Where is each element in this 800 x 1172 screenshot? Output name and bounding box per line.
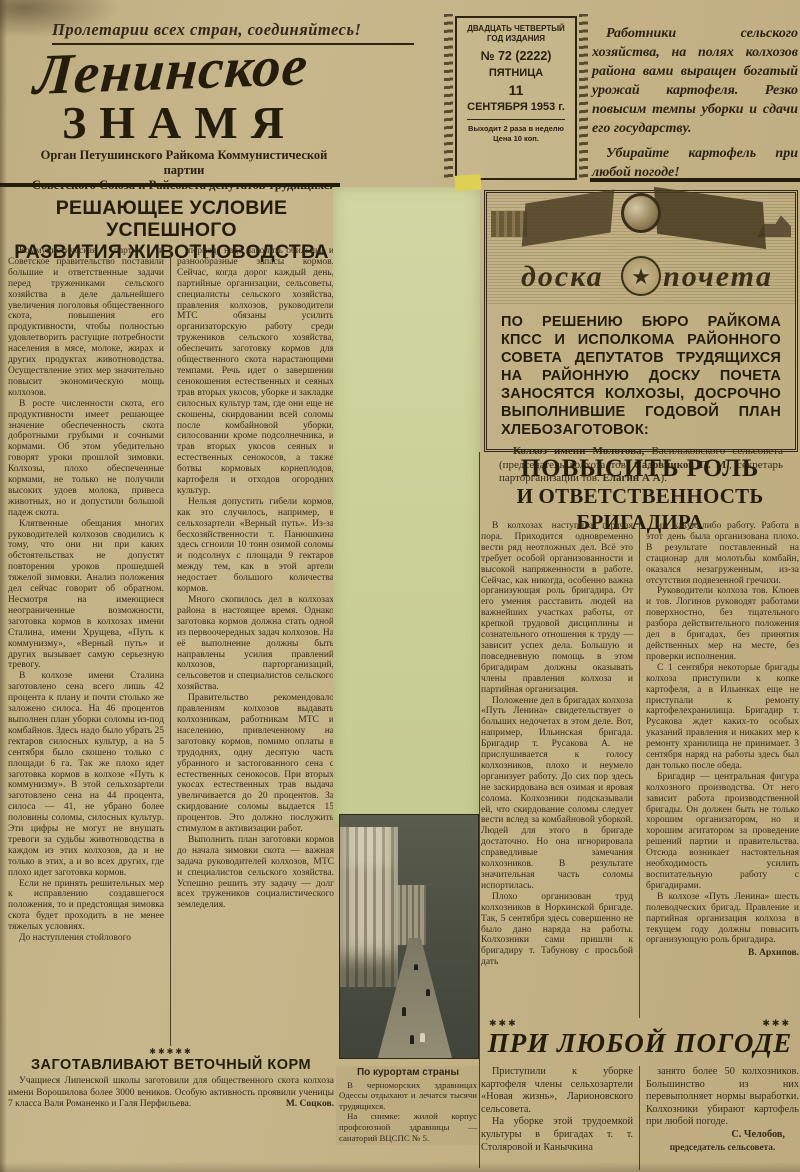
issue-number: № 72 (2222) [461,49,571,63]
byline-role: председатель сельсовета. [646,1142,799,1155]
paper-edge-left [0,0,7,1172]
paragraph: Учащиеся Липенской школы заготовили для … [8,1076,334,1111]
header-rule-left [0,183,340,187]
veto-article-headline: ЗАГОТАВЛИВАЮТ ВЕТОЧНЫЙ КОРМ [8,1057,334,1073]
honor-board: доска ★ почета ПО РЕШЕНИЮ БЮРО РАЙКОМА К… [484,190,798,452]
banner-word-doska: доска [521,260,604,294]
paragraph: Правительство рекомендовало правлениям к… [177,693,334,835]
section-divider: ✱✱✱✱✱ [8,1048,334,1056]
paragraph: Нельзя допустить гибели кормов, как это … [177,497,334,595]
weather-article-body: Приступили к уборке картофеля члены сель… [481,1066,799,1170]
paragraph: В колхозах наступила горячая пора. Прихо… [481,521,633,696]
honor-board-decree: ПО РЕШЕНИЮ БЮРО РАЙКОМА КПСС И ИСПОЛКОМА… [487,305,795,439]
paragraph: До наступления стойлового [8,933,164,944]
paragraph: В колхозе имени Сталина заготовлено сена… [8,671,164,878]
photo-caption-text: На снимке: жилой корпус профсоюзной здра… [339,1111,477,1143]
paragraph: Бригадир — центральная фигура колхозного… [646,772,799,892]
photo-figure [414,964,418,970]
weather-column-2: занято более 50 колхозников. Большинство… [640,1066,799,1170]
city-silhouette [491,211,527,237]
byline: С. Челобов, [646,1129,799,1142]
paper-patch-strip [333,187,480,827]
editorial-paragraph: Работники сельского хозяйства, на полях … [592,24,798,138]
brigadir-article-body: В колхозах наступила горячая пора. Прихо… [481,521,799,1018]
paragraph: Коммунистическая партия и Советское прав… [8,246,164,399]
issue-weekday: ПЯТНИЦА [461,67,571,79]
masthead-subtitle-line1: Орган Петушинского Райкома Коммунистичес… [22,148,346,178]
lenin-stalin-medallion [621,193,661,233]
issue-info-box: ДВАДЦАТЬ ЧЕТВЕРТЫЙ ГОД ИЗДАНИЯ № 72 (222… [455,16,577,180]
column-rule [479,452,480,1168]
paper-patch-yellow [455,174,482,191]
paragraph: занято более 50 колхозников. Большинство… [646,1066,799,1129]
sanatorium-photo [339,814,479,1059]
newspaper-page: Пролетарии всех стран, соединяйтесь! Лен… [0,0,800,1172]
paragraph: Много скопилось дел в колхозах района в … [177,595,334,693]
brigadir-column-2: им какую-либо работу. Работа в этот день… [640,521,799,1018]
lead-article-body: Коммунистическая партия и Советское прав… [8,246,334,1046]
photo-caption: По курортам страны В черноморских здравн… [336,1066,480,1145]
weather-column-1: Приступили к уборке картофеля члены сель… [481,1066,640,1170]
star-icon: ★ [621,256,661,296]
photo-figure [402,1007,406,1016]
paragraph: периода надо накопить обильные и разнооб… [177,246,334,497]
brigadir-column-1: В колхозах наступила горячая пора. Прихо… [481,521,640,1018]
photo-caption-text: В черноморских здравницах Одессы отдыхаю… [339,1080,477,1112]
edition-year-line1: ДВАДЦАТЬ ЧЕТВЕРТЫЙ [461,24,571,34]
photo-figure [426,989,430,996]
flag-icon [522,189,615,246]
banner-word-pocheta: почета [663,260,773,294]
issue-month-year: СЕНТЯБРЯ 1953 г. [461,101,571,113]
editorial-paragraph: Убирайте картофель при любой погоде! [592,144,798,182]
veto-article: ✱✱✱✱✱ ЗАГОТАВЛИВАЮТ ВЕТОЧНЫЙ КОРМ Учащие… [8,1048,334,1111]
issue-box-ornament-left [444,14,453,182]
masthead-title-caps: ЗНАМЯ [62,96,297,149]
photo-building [340,827,398,987]
editorial-note: Работники сельского хозяйства, на полях … [592,24,798,182]
photo-figure [420,1033,425,1042]
lead-article-column-1: Коммунистическая партия и Советское прав… [8,246,171,1046]
paragraph: Приступили к уборке картофеля члены сель… [481,1066,633,1116]
issue-price: Цена 10 коп. [461,134,571,144]
issue-box-divider [467,119,565,120]
paragraph: На уборке этой трудоемкой культуры в бри… [481,1116,633,1154]
paragraph: Выполнить план заготовки кормов до начал… [177,835,334,911]
paragraph: Плохо организован труд колхозников в Нор… [481,892,633,968]
paragraph: С 1 сентября некоторые бригады колхоза п… [646,663,799,772]
byline: М. Соцков. [275,1099,334,1111]
paragraph: В колхозе «Путь Ленина» шесть полеводчес… [646,892,799,947]
weather-article-headline: ПРИ ЛЮБОЙ ПОГОДЕ [480,1028,800,1059]
paragraph: Руководители колхоза тов. Клюев и тов. Л… [646,586,799,662]
issue-schedule: Выходит 2 раза в неделю [461,124,571,134]
issue-box-ornament-right [579,14,588,182]
photo-figure [410,1035,414,1044]
issue-day: 11 [461,82,571,98]
paragraph: им какую-либо работу. Работа в этот день… [646,521,799,586]
paragraph: Если не принять решительных мер к исправ… [8,879,164,934]
byline: В. Архипов. [748,948,799,959]
paragraph: Клятвенные обещания многих руководителей… [8,519,164,672]
photo-caption-title: По курортам страны [339,1068,477,1079]
edition-year-line2: ГОД ИЗДАНИЯ [461,34,571,44]
paragraph: Положение дел в бригадах колхоза «Путь Л… [481,696,633,892]
lead-article-column-2: периода надо накопить обильные и разнооб… [171,246,334,1046]
honor-board-banner: доска ★ почета [487,193,795,305]
flag-icon [654,187,766,249]
paragraph: В росте численности скота, его продуктив… [8,399,164,519]
